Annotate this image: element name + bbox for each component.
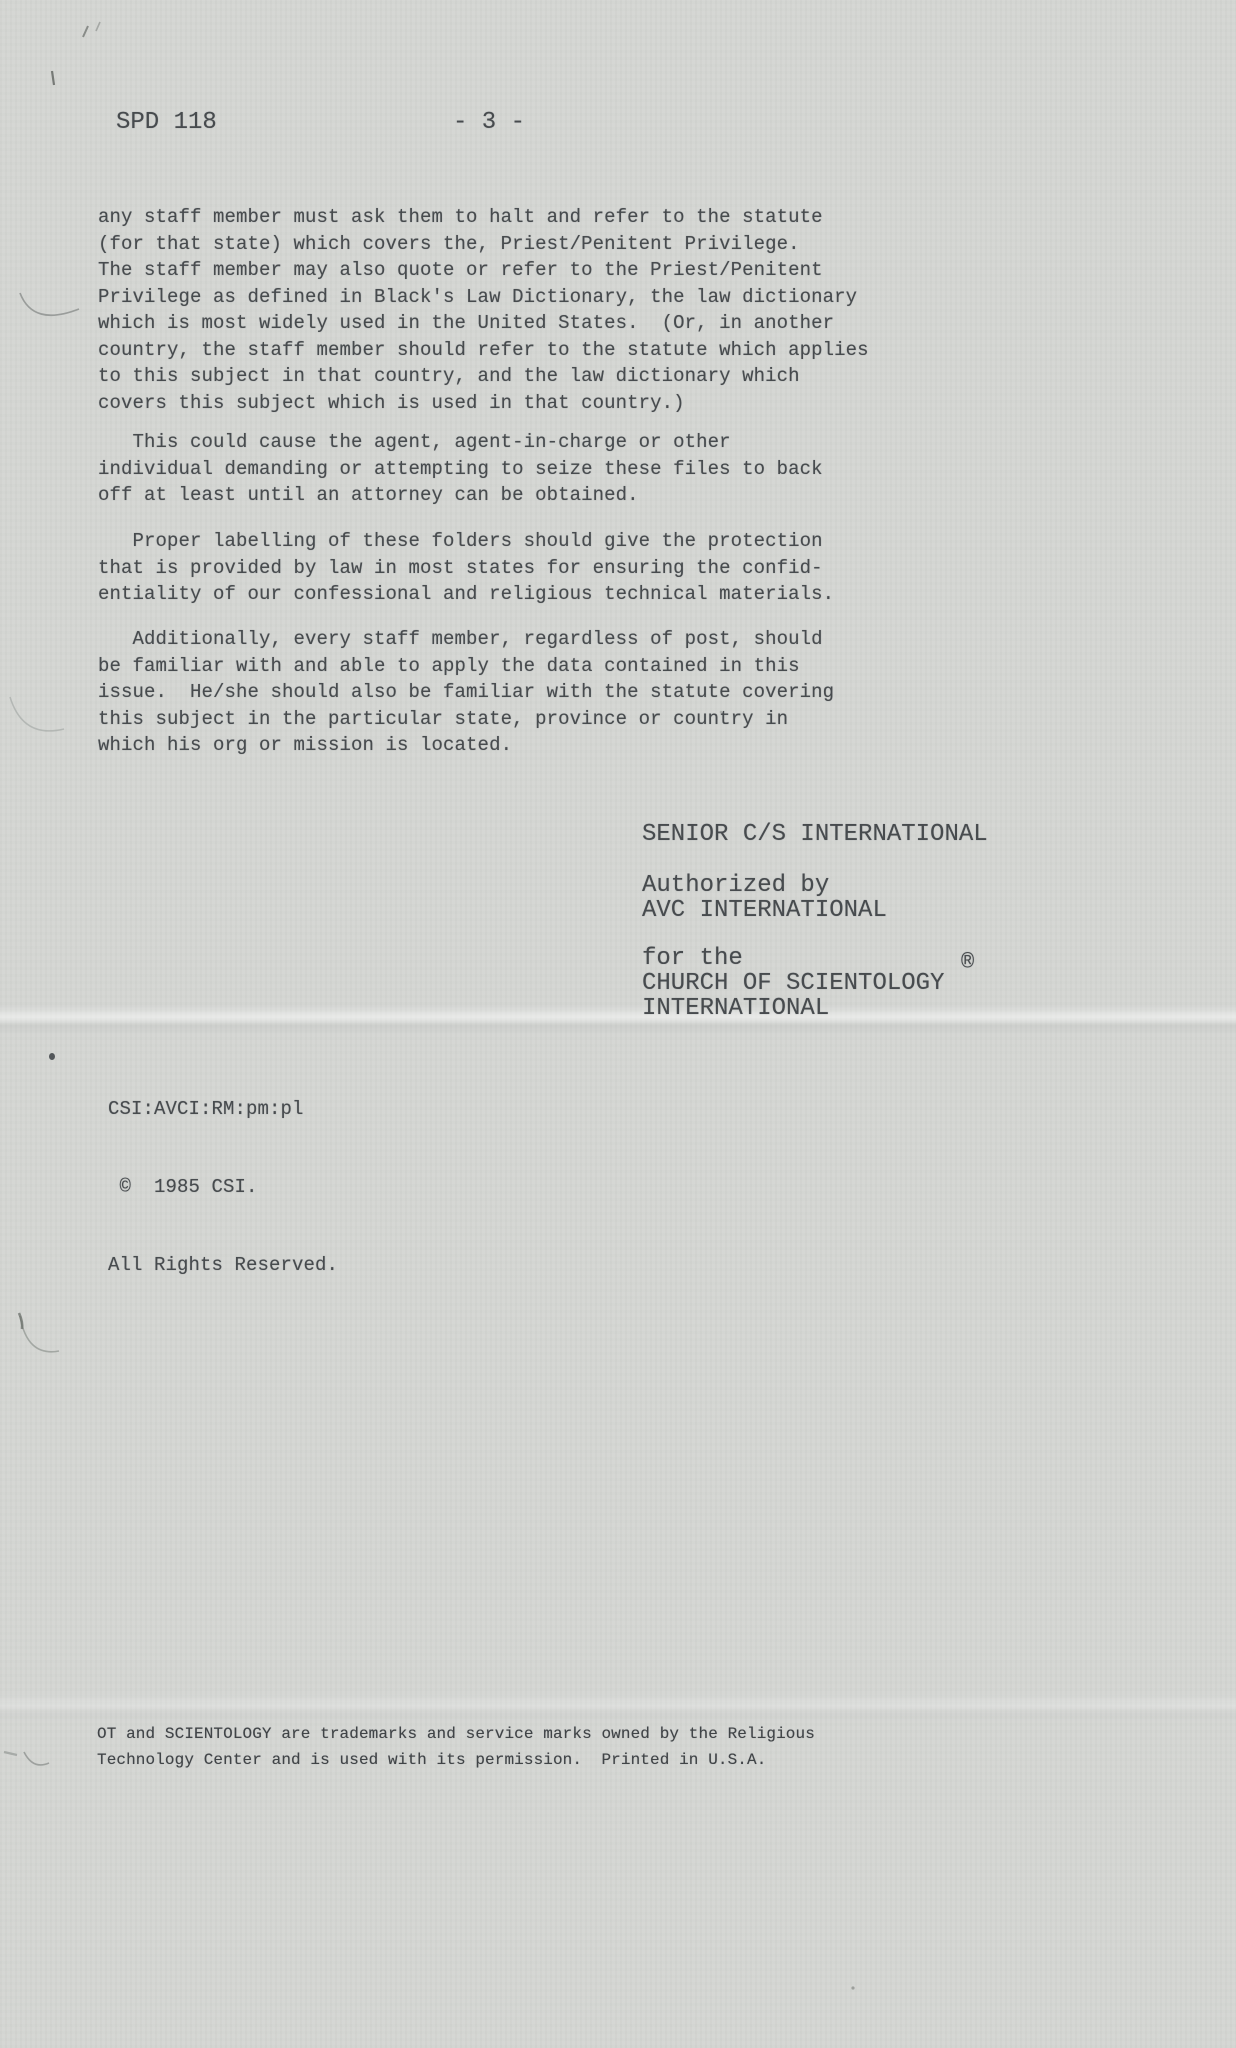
signature-for-org: for the CHURCH OF SCIENTOLOGY INTERNATIO… xyxy=(642,946,944,1021)
paper-crease xyxy=(0,1694,1236,1722)
body-paragraph: Additionally, every staff member, regard… xyxy=(98,626,834,759)
paper-crease xyxy=(0,1006,1236,1034)
doc-id: SPD 118 xyxy=(116,110,217,135)
body-paragraph: Proper labelling of these folders should… xyxy=(98,528,834,608)
rights-line: All Rights Reserved. xyxy=(108,1252,338,1278)
body-paragraph: This could cause the agent, agent-in-cha… xyxy=(98,429,823,509)
signature-authorized-by: Authorized by AVC INTERNATIONAL xyxy=(642,873,887,923)
registered-trademark-icon: ® xyxy=(961,952,974,974)
page-number: - 3 - xyxy=(453,110,525,135)
footer-trademark-notice: OT and SCIENTOLOGY are trademarks and se… xyxy=(97,1721,815,1773)
document-page: SPD 118 - 3 - any staff member must ask … xyxy=(0,0,1236,2048)
copyright-line: © 1985 CSI. xyxy=(108,1174,338,1200)
bullet-mark xyxy=(49,1053,55,1060)
signature-issuer: SENIOR C/S INTERNATIONAL xyxy=(642,822,988,847)
routing-code: CSI:AVCI:RM:pm:pl xyxy=(108,1096,338,1122)
body-paragraph: any staff member must ask them to halt a… xyxy=(98,204,869,416)
